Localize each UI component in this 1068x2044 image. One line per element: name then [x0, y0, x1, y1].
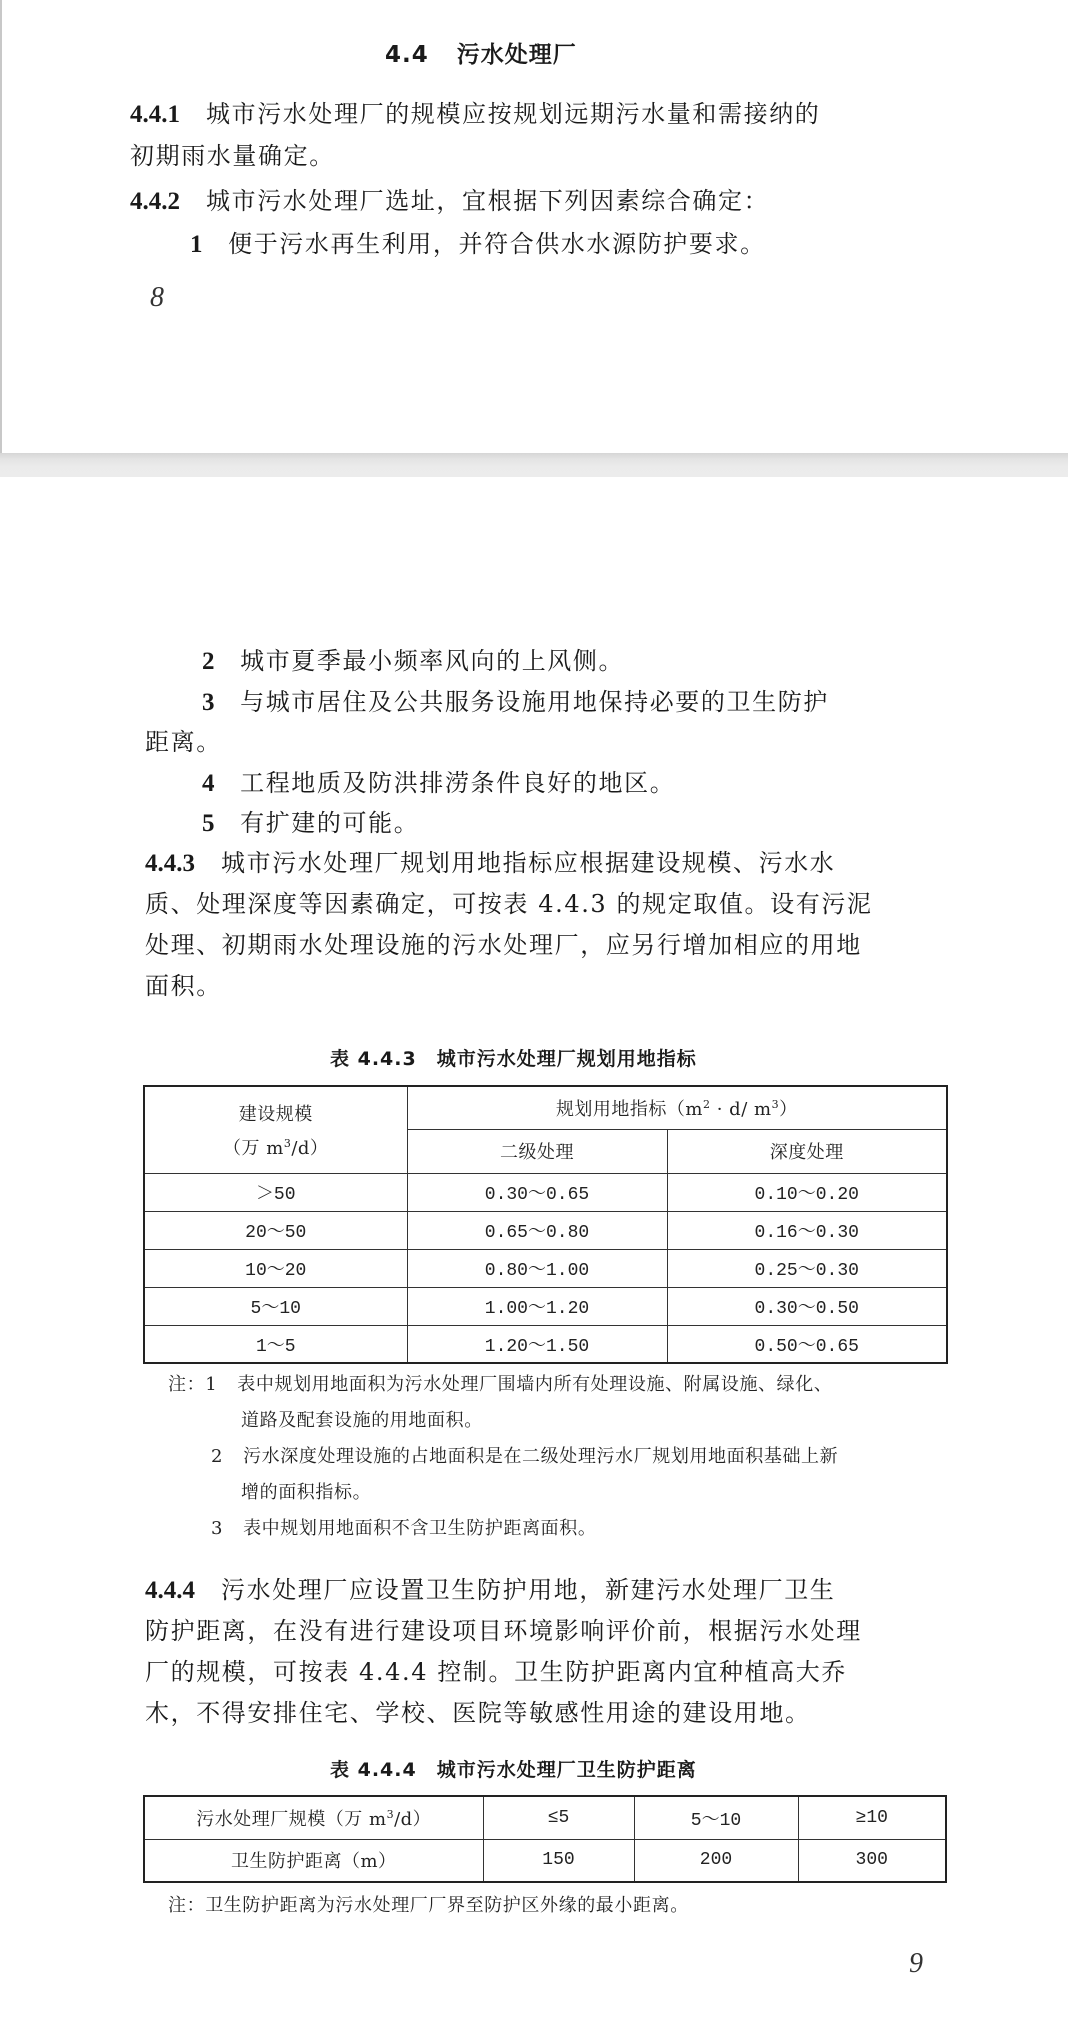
cell-scale-5-10: 5～10 [634, 1796, 798, 1839]
table-row: 20～50 0.65～0.80 0.16～0.30 [144, 1211, 947, 1249]
cell-scale: 20～50 [144, 1211, 407, 1249]
list-item-5: 5有扩建的可能。 [202, 808, 419, 839]
cell-advanced: 0.50～0.65 [667, 1325, 947, 1363]
cell-secondary: 1.20～1.50 [407, 1325, 667, 1363]
list-item-2: 2城市夏季最小频率风向的上风侧。 [202, 646, 624, 677]
table-note-3: 3表中规划用地面积不含卫生防护距离面积。 [211, 1518, 596, 1540]
table-row-scale: 污水处理厂规模（万 m3/d） ≤5 5～10 ≥10 [144, 1796, 946, 1839]
item-text: 与城市居住及公共服务设施用地保持必要的卫生防护 [240, 688, 829, 716]
clause-4-4-2: 4.4.2城市污水处理厂选址，宜根据下列因素综合确定： [130, 186, 769, 217]
clause-number: 4.4.1 [130, 100, 180, 130]
clause-4-4-4-line3: 厂的规模，可按表 4.4.4 控制。卫生防护距离内宜种植高大乔 [145, 1657, 847, 1687]
table-note-2-line1: 2污水深度处理设施的占地面积是在二级处理污水厂规划用地面积基础上新 [211, 1446, 838, 1468]
clause-4-4-4-line2: 防护距离，在没有进行建设项目环境影响评价前，根据污水处理 [145, 1616, 862, 1646]
table-header-row: 建设规模 （万 m3/d） 规划用地指标（m2 · d/ m3） [144, 1086, 947, 1129]
table-note-1-line1: 注：1表中规划用地面积为污水处理厂围墙内所有处理设施、附属设施、绿化、 [168, 1374, 832, 1396]
list-item-3-line1: 3与城市居住及公共服务设施用地保持必要的卫生防护 [202, 687, 829, 718]
note-label: 注： [168, 1374, 205, 1395]
item-number: 2 [202, 647, 216, 677]
cell-advanced: 0.10～0.20 [667, 1173, 947, 1211]
cell-scale: 5～10 [144, 1287, 407, 1325]
note-number: 1 [205, 1374, 217, 1395]
table-row-distance: 卫生防护距离（m） 150 200 300 [144, 1839, 946, 1882]
item-text: 有扩建的可能。 [240, 809, 419, 837]
note-number: 3 [211, 1518, 223, 1539]
header-secondary: 二级处理 [407, 1129, 667, 1173]
section-number: 4.4 [385, 42, 429, 68]
table-4-4-4-note: 注：卫生防护距离为污水处理厂厂界至防护区外缘的最小距离。 [168, 1895, 689, 1917]
clause-4-4-4-line4: 木，不得安排住宅、学校、医院等敏感性用途的建设用地。 [145, 1698, 811, 1728]
page-number: 9 [909, 1948, 923, 1980]
header-scale: 建设规模 （万 m3/d） [144, 1086, 407, 1173]
cell-scale: ＞50 [144, 1173, 407, 1211]
cell-distance-200: 200 [634, 1839, 798, 1882]
item-text: 便于污水再生利用，并符合供水水源防护要求。 [228, 230, 766, 258]
clause-4-4-3-line3: 处理、初期雨水处理设施的污水处理厂，应另行增加相应的用地 [145, 930, 862, 960]
item-text: 城市夏季最小频率风向的上风侧。 [240, 647, 624, 675]
table-4-4-4-title: 表 4.4.4 城市污水处理厂卫生防护距离 [330, 1755, 697, 1782]
clause-4-4-3-line2: 质、处理深度等因素确定，可按表 4.4.3 的规定取值。设有污泥 [145, 889, 873, 919]
clause-text: 城市污水处理厂的规模应按规划远期污水量和需接纳的 [206, 100, 820, 128]
cell-scale-le5: ≤5 [483, 1796, 634, 1839]
section-heading: 4.4污水处理厂 [385, 36, 577, 69]
table-4-4-3: 建设规模 （万 m3/d） 规划用地指标（m2 · d/ m3） 二级处理 深度… [143, 1085, 948, 1364]
row-label-scale: 污水处理厂规模（万 m3/d） [144, 1796, 483, 1839]
cell-secondary: 0.80～1.00 [407, 1249, 667, 1287]
cell-scale: 1～5 [144, 1325, 407, 1363]
table-4-4-3-title: 表 4.4.3 城市污水处理厂规划用地指标 [330, 1044, 697, 1071]
cell-secondary: 1.00～1.20 [407, 1287, 667, 1325]
header-advanced: 深度处理 [667, 1129, 947, 1173]
cell-advanced: 0.16～0.30 [667, 1211, 947, 1249]
table-row: 1～5 1.20～1.50 0.50～0.65 [144, 1325, 947, 1363]
header-scale-label: 建设规模 [145, 1100, 407, 1126]
cell-distance-300: 300 [798, 1839, 946, 1882]
clause-text: 城市污水处理厂规划用地指标应根据建设规模、污水水 [221, 849, 835, 877]
cell-advanced: 0.25～0.30 [667, 1249, 947, 1287]
cell-scale-ge10: ≥10 [798, 1796, 946, 1839]
cell-scale: 10～20 [144, 1249, 407, 1287]
table-note-2-line2: 增的面积指标。 [241, 1482, 371, 1504]
clause-4-4-1-line2: 初期雨水量确定。 [130, 141, 335, 171]
page-number: 8 [150, 282, 164, 314]
cell-secondary: 0.65～0.80 [407, 1211, 667, 1249]
clause-4-4-1-line1: 4.4.1城市污水处理厂的规模应按规划远期污水量和需接纳的 [130, 99, 820, 130]
header-scale-unit: （万 m3/d） [145, 1134, 407, 1160]
table-4-4-4: 污水处理厂规模（万 m3/d） ≤5 5～10 ≥10 卫生防护距离（m） 15… [143, 1795, 947, 1883]
cell-advanced: 0.30～0.50 [667, 1287, 947, 1325]
note-text: 污水深度处理设施的占地面积是在二级处理污水厂规划用地面积基础上新 [243, 1446, 838, 1467]
page-separator [0, 453, 1068, 477]
item-number: 5 [202, 809, 216, 839]
cell-secondary: 0.30～0.65 [407, 1173, 667, 1211]
clause-number: 4.4.2 [130, 187, 180, 217]
table-row: 10～20 0.80～1.00 0.25～0.30 [144, 1249, 947, 1287]
clause-text: 污水处理厂应设置卫生防护用地，新建污水处理厂卫生 [221, 1576, 835, 1604]
item-number: 3 [202, 688, 216, 718]
table-note-1-line2: 道路及配套设施的用地面积。 [241, 1410, 483, 1432]
list-item-4: 4工程地质及防洪排涝条件良好的地区。 [202, 768, 675, 799]
document-page-8: 4.4污水处理厂 4.4.1城市污水处理厂的规模应按规划远期污水量和需接纳的 初… [0, 0, 1068, 453]
list-item-3-line2: 距离。 [145, 727, 222, 757]
clause-4-4-4-line1: 4.4.4污水处理厂应设置卫生防护用地，新建污水处理厂卫生 [145, 1575, 835, 1606]
clause-4-4-3-line4: 面积。 [145, 971, 222, 1001]
item-number: 1 [190, 230, 204, 260]
cell-distance-150: 150 [483, 1839, 634, 1882]
clause-number: 4.4.4 [145, 1576, 195, 1606]
note-number: 2 [211, 1446, 223, 1467]
clause-4-4-3-line1: 4.4.3城市污水处理厂规划用地指标应根据建设规模、污水水 [145, 848, 835, 879]
item-text: 工程地质及防洪排涝条件良好的地区。 [240, 769, 675, 797]
table-row: 5～10 1.00～1.20 0.30～0.50 [144, 1287, 947, 1325]
item-number: 4 [202, 769, 216, 799]
header-land-index: 规划用地指标（m2 · d/ m3） [407, 1086, 947, 1129]
table-row: ＞50 0.30～0.65 0.10～0.20 [144, 1173, 947, 1211]
clause-number: 4.4.3 [145, 849, 195, 879]
clause-text: 城市污水处理厂选址，宜根据下列因素综合确定： [206, 187, 769, 215]
row-label-distance: 卫生防护距离（m） [144, 1839, 483, 1882]
note-text: 表中规划用地面积为污水处理厂围墙内所有处理设施、附属设施、绿化、 [237, 1374, 832, 1395]
list-item-1: 1便于污水再生利用，并符合供水水源防护要求。 [190, 229, 766, 260]
document-page-9: 2城市夏季最小频率风向的上风侧。 3与城市居住及公共服务设施用地保持必要的卫生防… [0, 477, 1068, 2044]
section-title: 污水处理厂 [457, 42, 577, 68]
note-text: 表中规划用地面积不含卫生防护距离面积。 [243, 1518, 596, 1539]
